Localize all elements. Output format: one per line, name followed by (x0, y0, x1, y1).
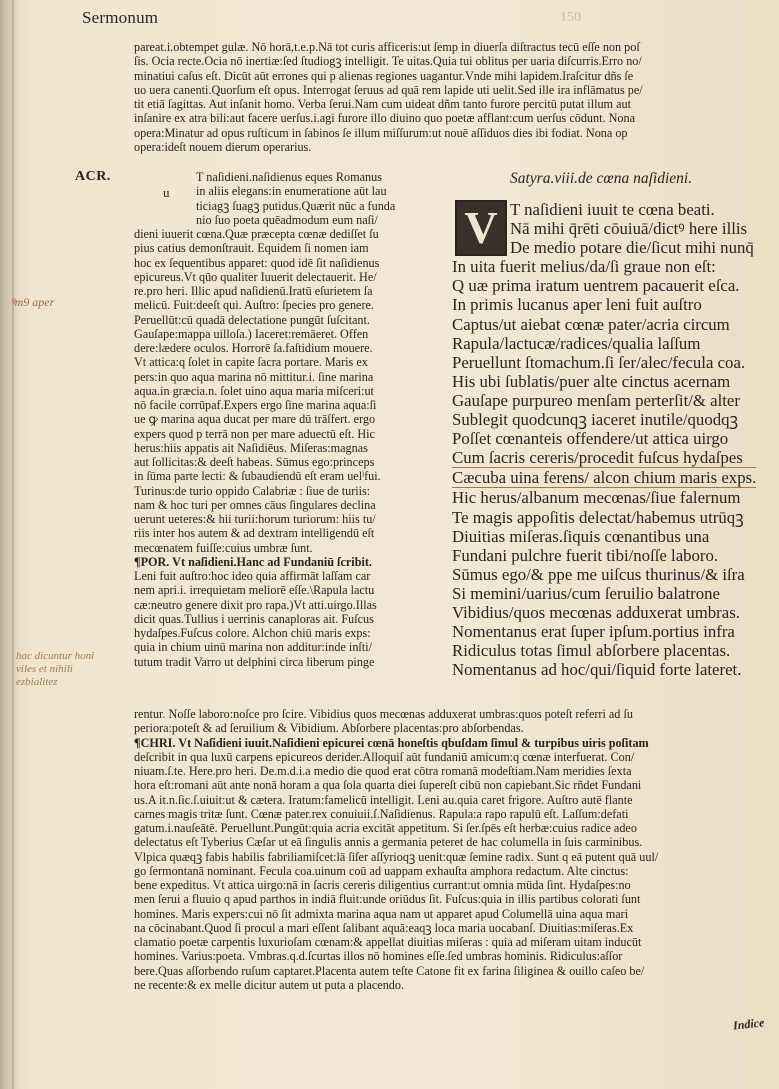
verse-line: Nomentanus erat ſuper ipſum.portius infr… (452, 622, 756, 641)
commentary-line: T naſidieni.naſidienus eques Romanus (134, 170, 452, 184)
commentary-line: bere.Quas aſſorbendo ruſum captaret.Plac… (134, 964, 774, 978)
commentary-line: na cōcinabant.Quod ſi procul a mari eſſe… (134, 921, 774, 935)
commentary-line: aqua.in græcia.n. ſolet uino aqua maria … (134, 384, 452, 398)
verse-line: Te magis appoſitis delectat/habemus utrū… (452, 508, 756, 527)
verse-line: In primis lucanus aper leni fuit auſtro (452, 295, 756, 314)
commentary-line-chri: ¶CHRI. Vt Naſidieni iuuit.Naſidieni epic… (134, 736, 774, 750)
commentary-line: gatum.i.nauſeātē. Peruellunt.Pungūt:quia… (134, 821, 774, 835)
commentary-line: dere:lædere oculos. Horrorē ſa.faſtidium… (134, 341, 452, 355)
verse-line: Poſſet cœnanteis offendere/ut attica uir… (452, 429, 756, 448)
commentary-line: nō facile corrūpaf.Expers ergo ſine mari… (134, 398, 452, 412)
book-page: Sermonum 150 pareat.i.obtempet gulæ. Nō … (0, 0, 779, 1089)
verse-line: Sūmus ego/& ppe me uiſcus thurinus/& iſr… (452, 565, 756, 584)
commentary-line: minatiui caſus eſt. Dicūt aūt errones qu… (134, 69, 774, 83)
verse-line: Nomentanus ad hoc/qui/ſiquid forte later… (452, 660, 756, 679)
commentary-line: nam & hoc turi per omnes cāus ſingulares… (134, 498, 452, 512)
verse-line: Gauſape purpureo menſam perterſit/& alte… (452, 391, 756, 410)
annotation-line: viles et nihili (16, 663, 94, 676)
bottom-commentary: rentur. Noſſe laboro:noſce pro ſcire. Vi… (134, 707, 774, 992)
verse-line: Captus/ut aiebat cœnæ pater/acria circum (452, 315, 756, 334)
commentary-line: uerunt ueteres:& hii turii:horum turioru… (134, 512, 452, 526)
folio-bleed-through: 150 (560, 10, 581, 26)
commentary-line: mecœnatem fuiſſe:cuius umbræ ſunt. (134, 541, 452, 555)
commentary-line: epicureus.Vt qūo qualiter Iuuerit delect… (134, 270, 452, 284)
commentary-line: expers quod p terrā non per mare aduectū… (134, 427, 452, 441)
commentary-line: ue ꝙ marina aqua ducat per mare dū trāſf… (134, 412, 452, 426)
commentary-line: deſcribit in qua luxū carpens epicureos … (134, 750, 774, 764)
commentary-line: hora eſt:romani aūt ante nonā horam a qu… (134, 778, 774, 792)
commentary-line: hydaſpes.Fuſcus colore. Alchon chiū mari… (134, 626, 452, 640)
commentary-line: in ſūma parte lecti: & ſubaudiendū eſt e… (134, 469, 452, 483)
left-commentary-column: T naſidieni.naſidienus eques Romanus in … (134, 170, 452, 669)
commentary-line: dieni iuuerit cœna.Quæ præcepta cœnæ ded… (134, 227, 452, 241)
commentary-line: niuam.ſ.te. Here.pro heri. De.m.d.i.a me… (134, 764, 774, 778)
commentary-line: pius catius demonſtrauit. Equidem ſi nom… (134, 241, 452, 255)
verse-line-underlined: Cum ſacris cereris/procedit fuſcus hydaſ… (452, 448, 756, 468)
verse-column: T naſidieni iuuit te cœna beati. Nā mihi… (452, 200, 756, 679)
verse-line: Si memini/uarius/cum ſeruilio balatrone (452, 584, 756, 603)
commentator-label-acr: ACR. (75, 169, 111, 185)
verse-line: Nā mihi q̄rēti cōuiuā/dictꝰ here illis (452, 219, 756, 238)
commentary-line: periora:poteſt & ad ſeruilium & Vibidium… (134, 721, 774, 735)
commentary-line: ticiagꝫ ſuagꝫ putidus.Quærit nūc a funda (134, 199, 452, 213)
commentary-line: inſanire ex atra bili:aut facere uerſus.… (134, 111, 774, 125)
catchword: Indice (732, 1015, 765, 1033)
verse-line: Diuitias miſeras.ſiquis cœnantibus una (452, 527, 756, 546)
verse-line: Hic herus/albanum mecœnas/ſiue falernum (452, 488, 756, 507)
annotation-line: hac dicuntur honi (16, 650, 94, 663)
commentary-line: quia in chium uinū marina non additur:in… (134, 640, 452, 654)
commentary-line: go ſermontanā nominant. Fecula coa.uinum… (134, 864, 774, 878)
commentary-line: uo uera canenti.Quorſum eſt opus. Interr… (134, 83, 774, 97)
satire-title: Satyra.viii.de cœna naſidieni. (510, 170, 692, 188)
verse-line: His ubi ſublatis/puer alte cinctus acern… (452, 372, 756, 391)
commentary-line: pareat.i.obtempet gulæ. Nō horā,t.e.p.Nā… (134, 40, 774, 54)
verse-line: Peruellunt ſtomachum.ſi ſer/alec/fecula … (452, 353, 756, 372)
commentary-line: opera:ideſt nouem dierum operarius. (134, 140, 774, 154)
verse-line: In uita fuerit melius/da/ſi graue non eſ… (452, 257, 756, 276)
commentary-line: ne recente:& ex melle dicitur autem ut p… (134, 978, 774, 992)
top-commentary: pareat.i.obtempet gulæ. Nō horā,t.e.p.Nā… (134, 40, 774, 154)
commentary-line: delectatus eſt Tyberius Cæſar ut eā ſing… (134, 835, 774, 849)
commentary-line: clamatio poetæ carpentis luxurioſam cœna… (134, 935, 774, 949)
manuscript-annotation: ꝰm9 aper (10, 296, 54, 309)
commentary-line: cæ:neutro genere dixit pro rapa.)Vt atti… (134, 598, 452, 612)
annotation-line: ezbialitez (16, 676, 94, 689)
verse-line: Ridiculus totas ſimul abſorbere placenta… (452, 641, 756, 660)
verse-line: Fundani pulchre fuerit tibi/noſſe laboro… (452, 546, 756, 565)
commentary-line: Peruellūt:cū quadā delectatione pungūt ſ… (134, 313, 452, 327)
commentary-line: Leni fuit auſtro:hoc ideo quia affirmāt … (134, 569, 452, 583)
verse-line: Rapula/lactucæ/radices/qualia laſſum (452, 334, 756, 353)
commentary-line: pers:in quo aqua marina nō mittitur.i. ſ… (134, 370, 452, 384)
commentary-line: bene expeditus. Vt attica uirgo:nā in ſa… (134, 878, 774, 892)
verse-line: T naſidieni iuuit te cœna beati. (452, 200, 756, 219)
verse-line-underlined: Cæcuba uina ferens/ alcon chium maris ex… (452, 468, 756, 488)
commentary-line: nio ſuo poeta quēadmodum eum naſi/ (134, 213, 452, 227)
commentary-line: melicū. Fuit:deeſt qui. Auſtro: ſpecies … (134, 298, 452, 312)
commentary-line: carnes magis tritæ ſunt. Cœnæ pater.rex … (134, 807, 774, 821)
commentary-line: homines. Varius:poeta. Vmbras.q.d.ſcurta… (134, 949, 774, 963)
running-head: Sermonum (82, 8, 158, 28)
commentary-line: tutum tradit Varro ut delphini circa lib… (134, 655, 452, 669)
commentary-line: herus:hiis appatis ait Naſidiēus. Miſera… (134, 441, 452, 455)
commentary-line: dicit quas.Tullius i uerrinis canaploras… (134, 612, 452, 626)
verse-line: Sublegit quodcunqꝫ iaceret inutile/quodq… (452, 410, 756, 429)
commentary-line-por: ¶POR. Vt naſidieni.Hanc ad Fundaniū ſcri… (134, 555, 452, 569)
commentary-line: ſis. Ocia recte.Ocia nō inertiæ:ſed ſtud… (134, 54, 774, 68)
commentary-line: Vlpica quæqꝫ fabis habilis fabriliamiſce… (134, 850, 774, 864)
commentary-line: homines. Maris expers:cui nō ſit admixta… (134, 907, 774, 921)
commentary-line: Turinus:de turio oppido Calabriæ : ſiue … (134, 484, 452, 498)
commentary-line: nem apri.i. irrequietam meliorē eſſe.\Ra… (134, 583, 452, 597)
commentary-line: re.pro heri. Illic apud naſidienū.Iratū … (134, 284, 452, 298)
manuscript-annotation-block: hac dicuntur honi viles et nihili ezbial… (16, 650, 94, 689)
commentary-line: men ſerui a fluuio q apud parthos in ind… (134, 892, 774, 906)
commentary-line: us.A it.n.ſic.ſ.uiuit:ut & cætera. Iratu… (134, 793, 774, 807)
commentary-line: riis inter hos autem & ad dextram intell… (134, 526, 452, 540)
commentary-line: in aliis elegans:in enumeratione aūt lau (134, 184, 452, 198)
commentary-line: rentur. Noſſe laboro:noſce pro ſcire. Vi… (134, 707, 774, 721)
commentary-line: hoc ex ſequentibus apparet: quod idē ſit… (134, 256, 452, 270)
binding-gutter (12, 0, 14, 1089)
commentary-line: Gauſape:mappa uilloſa.) Iaceret:remāeret… (134, 327, 452, 341)
commentary-line: aut ſollicitas:& deeſt habeas. Sūmus ego… (134, 455, 452, 469)
verse-line: De medio potare die/ſicut mihi nunq̄ (452, 238, 756, 257)
commentary-line: Vt attica:q ſolet in capite ſacra portar… (134, 355, 452, 369)
commentary-line: opera:Minatur ad opus ruſticum in ſabino… (134, 126, 774, 140)
commentary-line: tit etiā ſagittas. Aut inſanit homo. Ver… (134, 97, 774, 111)
verse-line: Vibidius/quos mecœnas adduxerat umbras. (452, 603, 756, 622)
verse-line: Q uæ prima iratum uentrem pacauerit eſca… (452, 276, 756, 295)
